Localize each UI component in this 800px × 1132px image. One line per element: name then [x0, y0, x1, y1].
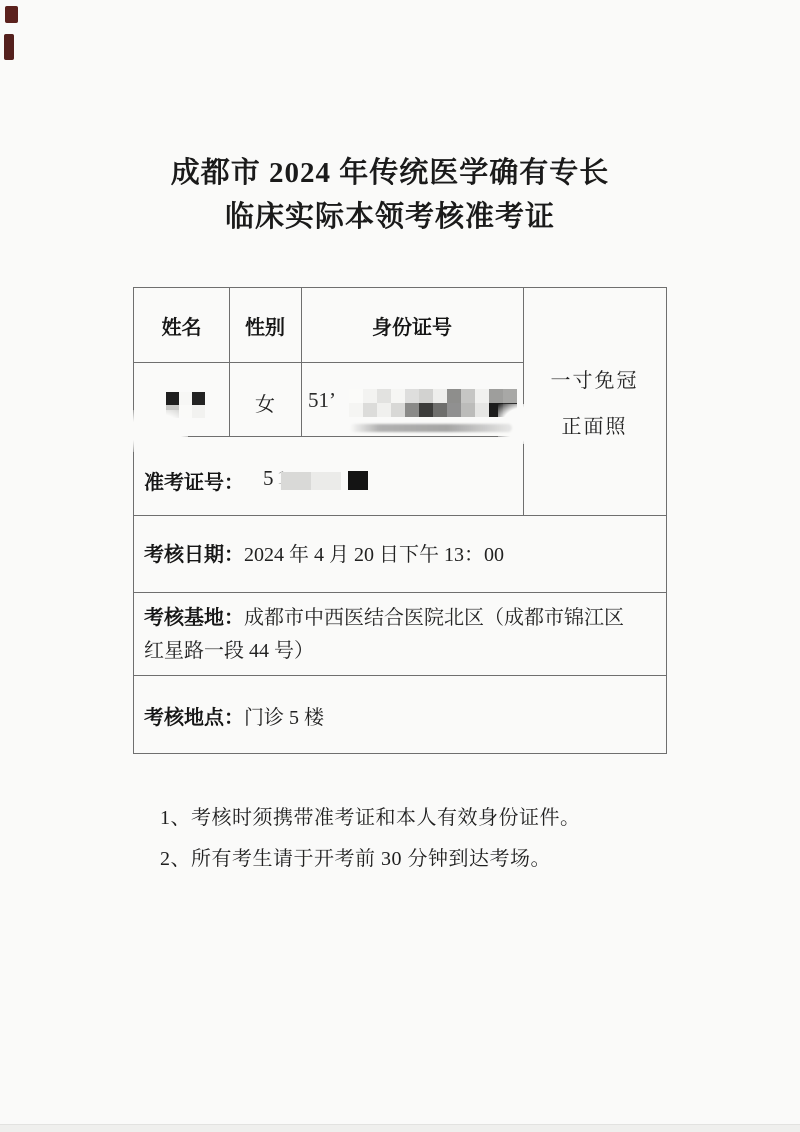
grid-line — [523, 288, 524, 515]
id-number-prefix: 51’ — [308, 388, 336, 413]
note-2: 2、所有考生请于开考前 30 分钟到达考场。 — [160, 842, 551, 871]
id-redaction-mosaic — [349, 389, 517, 417]
admission-number-row: 准考证号： 5 1 — [144, 466, 244, 495]
title-line-2: 临床实际本领考核准考证 — [0, 195, 780, 239]
admission-number-redaction-block — [311, 472, 341, 490]
admission-number-prefix: 5 — [263, 466, 274, 491]
admission-number-label: 准考证号： — [144, 472, 244, 494]
exam-base-row: 考核基地：成都市中西医结合医院北区（成都市锦江区 红星路一段 44 号） — [144, 602, 649, 668]
header-gender: 性别 — [229, 311, 301, 340]
title-line-1: 成都市 2024 年传统医学确有专长 — [0, 151, 780, 195]
scan-bottom-edge — [0, 1124, 800, 1132]
gender-value: 女 — [229, 388, 301, 417]
admission-number-redaction-block — [348, 471, 368, 490]
exam-base-value-line2: 红星路一段 44 号） — [144, 640, 314, 662]
photo-instruction-line1: 一寸免冠 — [523, 364, 666, 393]
exam-base-label: 考核基地： — [144, 607, 244, 629]
exam-date-value: 2024 年 4 月 20 日下午 13：00 — [244, 544, 504, 566]
exam-location-value: 门诊 5 楼 — [244, 707, 324, 729]
scanned-admission-ticket: { "document": { "title_line1": "成都市 2024… — [0, 0, 800, 1132]
grid-line — [134, 515, 666, 516]
grid-line — [134, 362, 523, 363]
scan-smudge — [124, 410, 188, 452]
admission-number-redaction-block — [281, 472, 311, 490]
header-name: 姓名 — [134, 311, 229, 340]
ticket-table: 姓名 性别 身份证号 女 51’ 一寸免冠 正面照 准考证号： 5 1 考核日期… — [133, 287, 667, 754]
exam-date-row: 考核日期：2024 年 4 月 20 日下午 13：00 — [144, 538, 649, 567]
document-title: 成都市 2024 年传统医学确有专长 临床实际本领考核准考证 — [0, 151, 780, 239]
grid-line — [134, 592, 666, 593]
scan-shadow-streak — [350, 424, 512, 432]
exam-base-value-line1: 成都市中西医结合医院北区（成都市锦江区 — [244, 607, 624, 629]
exam-location-label: 考核地点： — [144, 707, 244, 729]
scan-artifact-mark — [5, 6, 18, 23]
scan-artifact-mark — [4, 34, 14, 60]
grid-line — [134, 675, 666, 676]
header-id-number: 身份证号 — [301, 311, 523, 340]
grid-line — [134, 436, 523, 437]
note-1: 1、考核时须携带准考证和本人有效身份证件。 — [160, 801, 581, 830]
exam-date-label: 考核日期： — [144, 544, 244, 566]
exam-location-row: 考核地点：门诊 5 楼 — [144, 701, 649, 730]
